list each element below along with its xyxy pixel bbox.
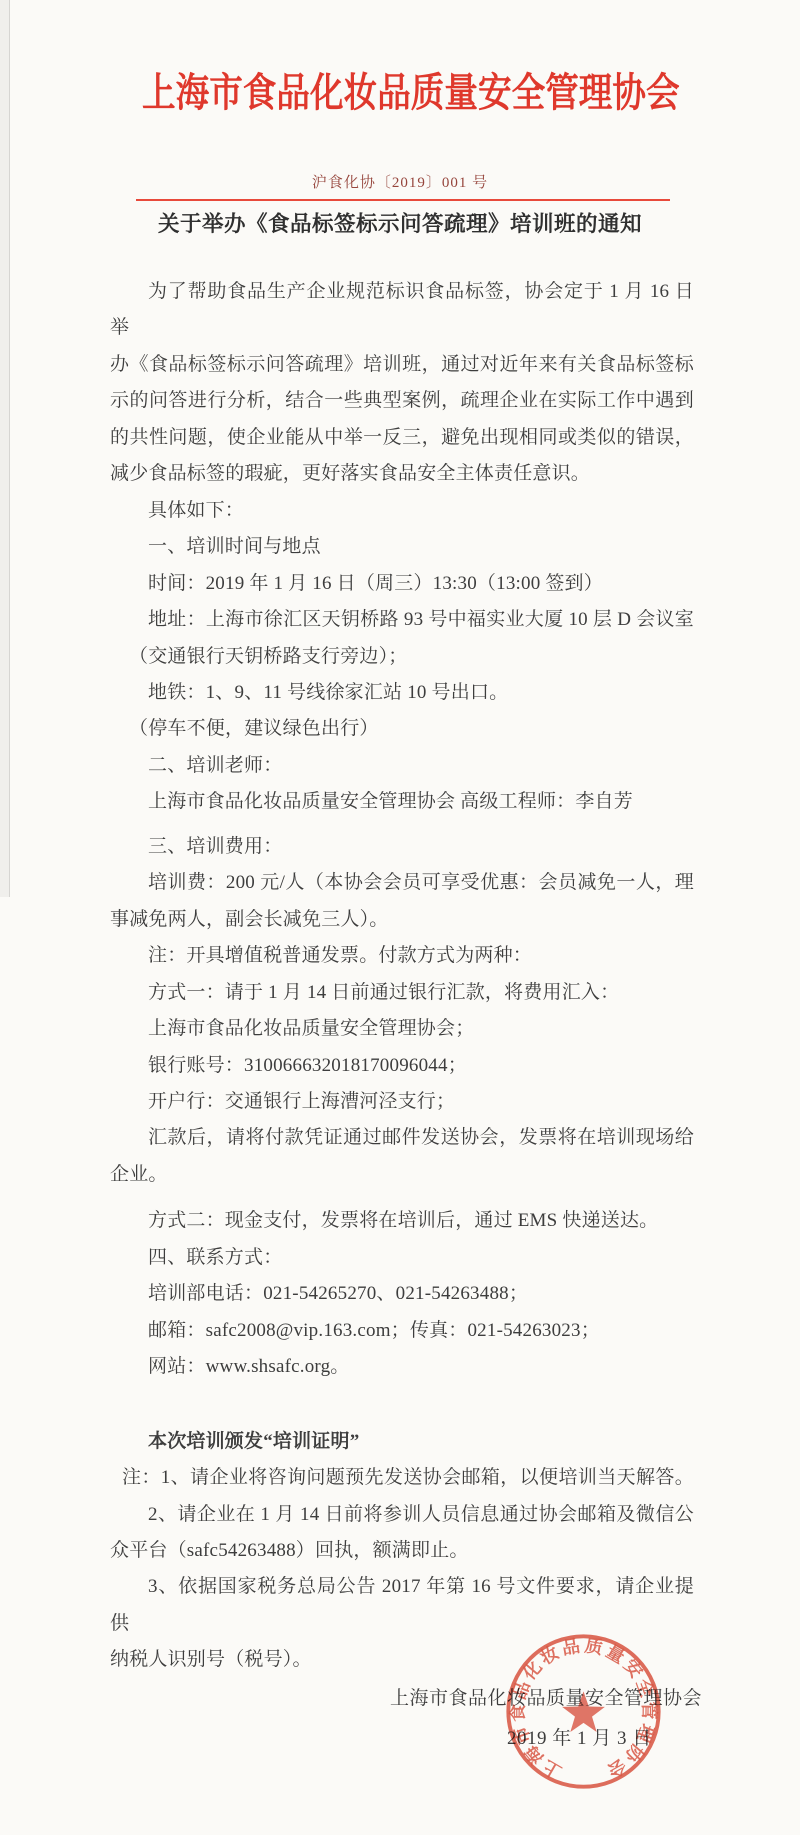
body-line: 邮箱：safc2008@vip.163.com；传真：021-54263023；	[110, 1313, 694, 1349]
body-line: 众平台（safc54263488）回执，额满即止。	[110, 1533, 694, 1569]
body-line: 地址：上海市徐汇区天钥桥路 93 号中福实业大厦 10 层 D 会议室	[110, 602, 694, 638]
body-line: 三、培训费用：	[110, 829, 694, 865]
body-line: 注：1、请企业将咨询问题预先发送协会邮箱，以便培训当天解答。	[110, 1460, 694, 1496]
body-line: 培训费：200 元/人（本协会会员可享受优惠：会员减免一人，理	[110, 865, 694, 901]
body-line: 为了帮助食品生产企业规范标识食品标签，协会定于 1 月 16 日举	[110, 274, 694, 347]
body-line: 方式二：现金支付，发票将在培训后，通过 EMS 快递送达。	[110, 1203, 694, 1239]
body-line: 方式一：请于 1 月 14 日前通过银行汇款，将费用汇入：	[110, 975, 694, 1011]
body-line: 一、培训时间与地点	[110, 529, 694, 565]
body-line: 本次培训颁发“培训证明”	[110, 1424, 694, 1460]
body-line: 3、依据国家税务总局公告 2017 年第 16 号文件要求，请企业提供	[110, 1569, 694, 1642]
body-line: 银行账号：310066632018170096044；	[110, 1048, 694, 1084]
header-divider	[136, 199, 670, 201]
official-seal: 上海市食品化妆品质量安全管理协会	[506, 1634, 661, 1789]
org-title: 上海市食品化妆品质量安全管理协会	[142, 68, 680, 118]
doc-number: 沪食化协〔2019〕001 号	[0, 172, 800, 194]
notice-heading: 关于举办《食品标签标示问答疏理》培训班的通知	[0, 209, 800, 239]
body-line: 减少食品标签的瑕疵，更好落实食品安全主体责任意识。	[110, 456, 694, 492]
body-line: 的共性问题，使企业能从中举一反三，避免出现相同或类似的错误，	[110, 420, 694, 456]
body-line: 2、请企业在 1 月 14 日前将参训人员信息通过协会邮箱及微信公	[110, 1497, 694, 1533]
body-line: 事减免两人，副会长减免三人）。	[110, 902, 694, 938]
seal-graphic: 上海市食品化妆品质量安全管理协会	[506, 1634, 661, 1789]
body-line: 上海市食品化妆品质量安全管理协会；	[110, 1011, 694, 1047]
body-line: 时间：2019 年 1 月 16 日（周三）13:30（13:00 签到）	[110, 566, 694, 602]
notice-body: 为了帮助食品生产企业规范标识食品标签，协会定于 1 月 16 日举办《食品标签标…	[110, 274, 694, 1679]
body-line: （交通银行天钥桥路支行旁边）；	[110, 639, 694, 675]
body-line: 四、联系方式：	[110, 1240, 694, 1276]
star-icon	[562, 1691, 605, 1732]
body-line: 注：开具增值税普通发票。付款方式为两种：	[110, 938, 694, 974]
body-line: 地铁：1、9、11 号线徐家汇站 10 号出口。	[110, 675, 694, 711]
body-line: 二、培训老师：	[110, 748, 694, 784]
body-line: 办《食品标签标示问答疏理》培训班，通过对近年来有关食品标签标	[110, 347, 694, 383]
body-line: 企业。	[110, 1157, 694, 1193]
body-line: 上海市食品化妆品质量安全管理协会 高级工程师：李自芳	[110, 784, 694, 820]
body-line: 开户行：交通银行上海漕河泾支行；	[110, 1084, 694, 1120]
scan-page-edge	[0, 0, 10, 897]
body-line: 具体如下：	[110, 493, 694, 529]
body-line: 汇款后，请将付款凭证通过邮件发送协会，发票将在培训现场给	[110, 1120, 694, 1156]
body-line: 网站：www.shsafc.org。	[110, 1349, 694, 1385]
body-line: 示的问答进行分析，结合一些典型案例，疏理企业在实际工作中遇到	[110, 383, 694, 419]
body-line: （停车不便，建议绿色出行）	[110, 711, 694, 747]
body-line: 培训部电话：021-54265270、021-54263488；	[110, 1276, 694, 1312]
